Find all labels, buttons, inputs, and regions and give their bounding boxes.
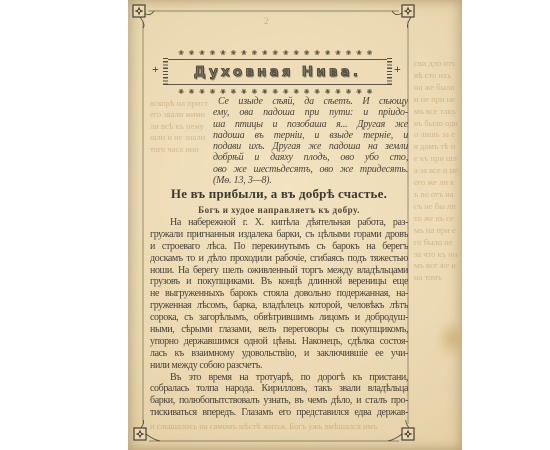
body-text-line: На набережной г. Х. кипѣла дѣятельная ра… (150, 217, 408, 229)
epigraph-line: ша птицы и позобаша я... Другая же (213, 119, 408, 130)
body-text-line: Въ это время на тротуарѣ, по дорогѣ къ п… (150, 372, 408, 384)
masthead-ornament-side-left (163, 58, 168, 86)
body-text-line: груженная лѣсомъ, барка, владѣлецъ котор… (150, 300, 408, 312)
epigraph-line: подави ихъ. Другая же падоша на земли (213, 141, 408, 152)
epigraph-line: ово же шестьдесятъ, ово же тридесять. (213, 164, 408, 175)
masthead-banner: ❀❀❀❀❀❀❀❀❀❀❀❀❀❀❀❀❀❀❀ Духовная Нива. ❀❀❀❀❀… (163, 47, 392, 97)
body-text-line: собралась толпа народа. Кирилловъ, такъ … (150, 383, 408, 395)
body-text-line: гружали пригнанныя издалека барки, съ цѣ… (150, 229, 408, 241)
body-text-line: упорно державшимся одной цѣны. Наконецъ,… (150, 336, 408, 348)
paper-stain (436, 320, 462, 358)
body-text-line: сорока, съ загорѣлымъ, обвѣтрившимъ лицо… (150, 312, 408, 324)
article-body: На набережной г. Х. кипѣла дѣятельная ра… (150, 217, 408, 419)
article-subtitle: Богъ и худое направляетъ къ добру. (150, 205, 408, 215)
body-text-line: ными, сѣрыми глазами, велъ переговоры съ… (150, 324, 408, 336)
body-text-line: лась къ взаимному удовольствію, и заключ… (150, 348, 408, 360)
epigraph-line: ему, ова падоша при пути: и пріидо- (213, 107, 408, 118)
corner-ornament-top-left (133, 5, 145, 17)
bleedthrough-text-bottom: и слышалось на самомъ мѣстѣ житья, Богъ … (150, 421, 408, 432)
book-page: 2 вскорѣ на прист его звали мимо ли всѣ … (128, 0, 462, 450)
body-text-line: и строеваго лѣса. По перекинутымъ съ бар… (150, 241, 408, 253)
masthead-ornament-side-right (387, 58, 392, 86)
epigraph-line: добрѣй и даяху плодъ, ово убо сто, (213, 152, 408, 163)
masthead-title: Духовная Нива. (169, 59, 386, 85)
masthead-cross-left: + (152, 62, 159, 77)
masthead-cross-right: + (394, 62, 401, 77)
body-text-line: доскамъ то и дѣло проходили рабочіе, сги… (150, 253, 408, 265)
bleedthrough-text-right: сви дло отъ вѣ сто ихъ на же была и не п… (414, 58, 458, 420)
body-text-line: ноши. На берегу шелъ оживленный торгъ ме… (150, 265, 408, 277)
epigraph-block: Се изыде сѣяй, да сѣетъ. И сѣющу ему, ов… (213, 96, 408, 186)
corner-ornament-bottom-left (134, 428, 146, 440)
epigraph-line: падоша въ терніи, и взыде терніе, и (213, 130, 408, 141)
corner-ornament-top-right (402, 5, 414, 17)
article-title: Не въ прибыли, а въ добрѣ счастье. (150, 186, 408, 202)
body-text-line: грузовъ и покупщиками. Въ концѣ длинной … (150, 276, 408, 288)
body-text-line: барки, полюбопытствовалъ узнать, въ чемъ… (150, 395, 408, 407)
body-text-line: не выгруженныхъ барокъ стояла довольно п… (150, 288, 408, 300)
page-number: 2 (264, 16, 274, 26)
scanned-book-page-screenshot: { "page_number": "2", "masthead": { "tit… (0, 0, 550, 450)
body-text-line: нили между собою разсчетъ. (150, 360, 408, 372)
bleedthrough-text-left: вскорѣ на прист его звали мимо ли всѣ къ… (150, 98, 212, 186)
epigraph-line: Се изыде сѣяй, да сѣетъ. И сѣющу (213, 96, 408, 107)
epigraph-reference: (Мѳ. 13, 3—8). (213, 175, 408, 186)
body-text-line: тискиваться впередъ. Глазамъ его предста… (150, 407, 408, 419)
